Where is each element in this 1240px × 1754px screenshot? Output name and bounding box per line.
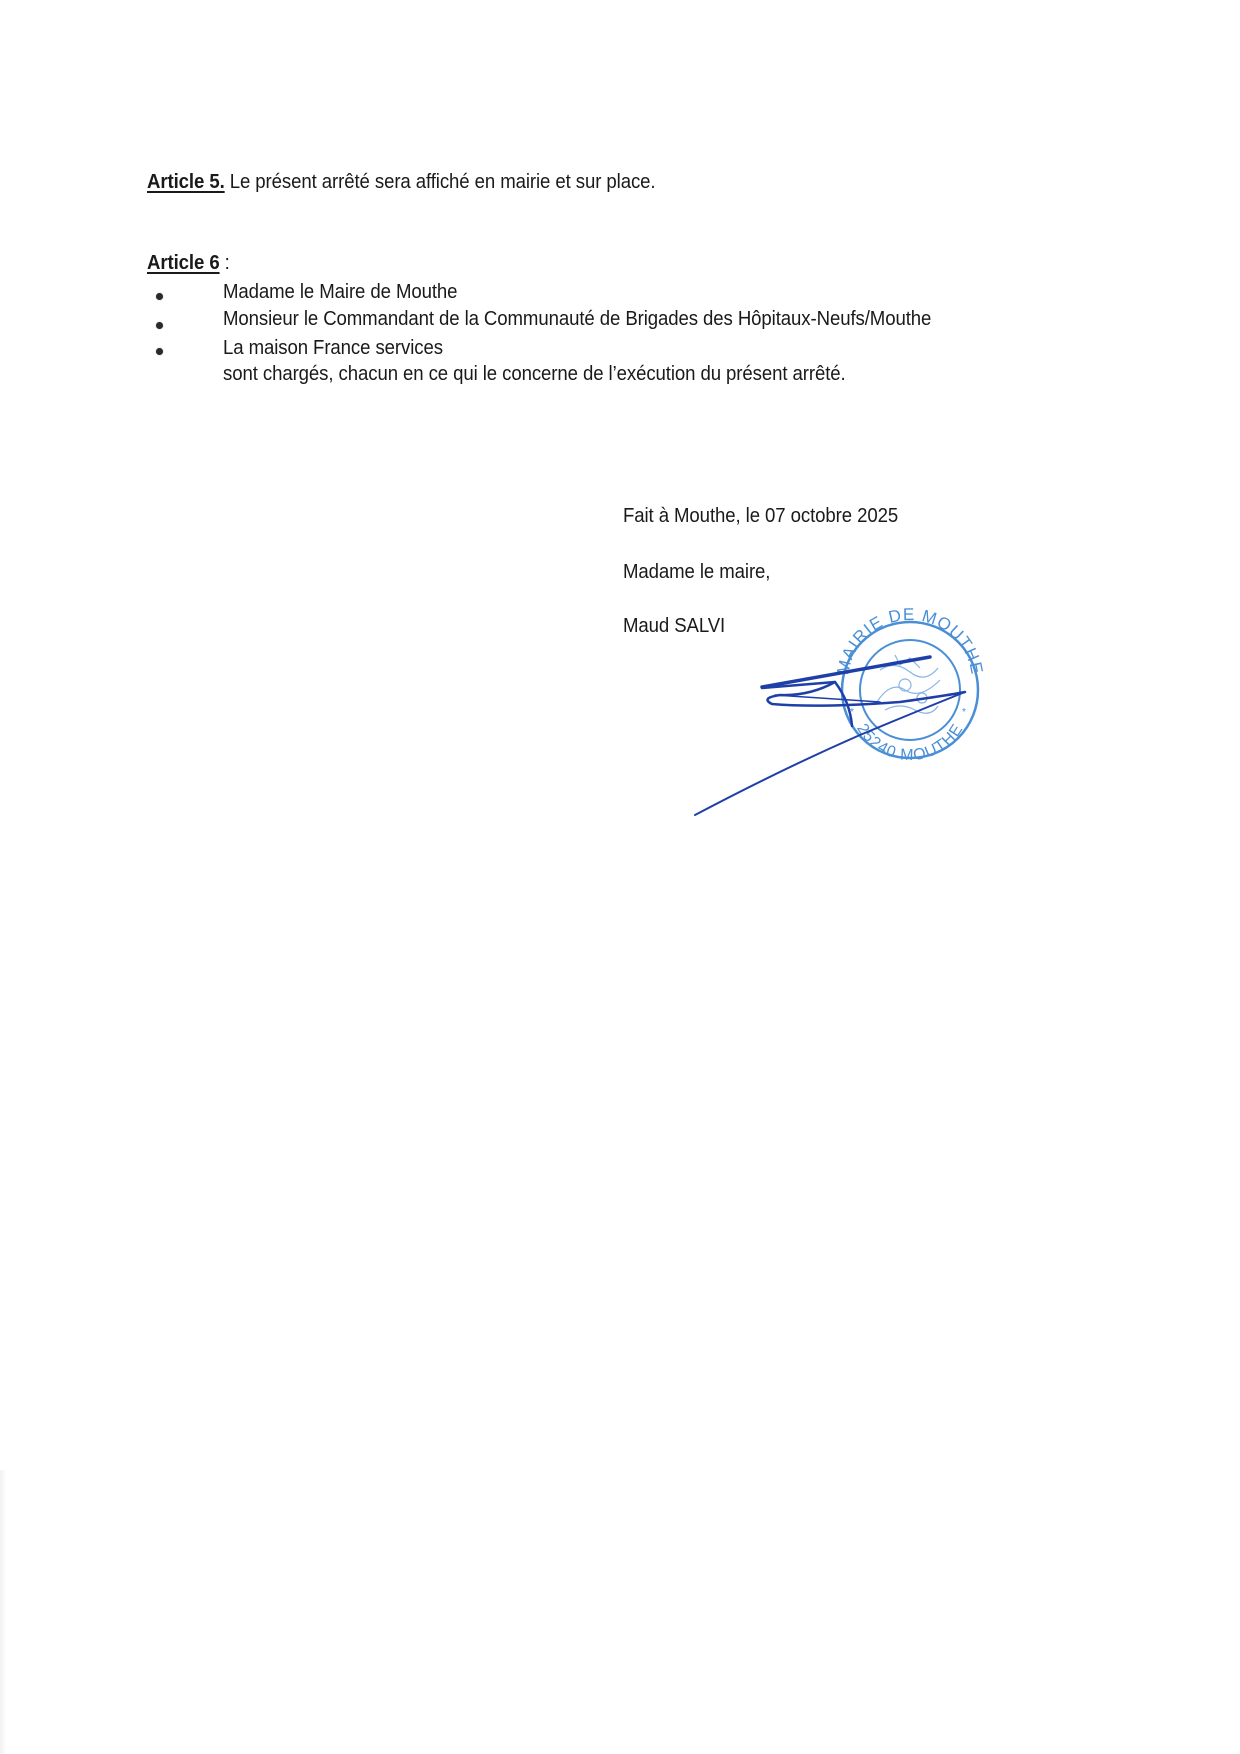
article-6-heading: Article 6	[147, 252, 220, 274]
signatory-title: Madame le maire,	[623, 560, 770, 584]
bullet-icon	[156, 348, 163, 355]
town-hall-stamp-icon: MAIRIE DE MOUTHE 25240 MOUTHE * *	[833, 605, 986, 764]
list-item: Madame le Maire de Mouthe	[223, 280, 457, 304]
list-item: Monsieur le Commandant de la Communauté …	[223, 307, 931, 331]
bullet-icon	[156, 293, 163, 300]
svg-text:*: *	[962, 707, 966, 718]
article-6-closing: sont chargés, chacun en ce qui le concer…	[223, 362, 846, 386]
bullet-icon	[156, 322, 163, 329]
article-5: Article 5. Le présent arrêté sera affich…	[147, 170, 655, 194]
list-item: La maison France services	[223, 336, 443, 360]
article-6: Article 6 :	[147, 251, 230, 275]
article-6-suffix: :	[220, 252, 230, 274]
place-date: Fait à Mouthe, le 07 octobre 2025	[623, 504, 898, 528]
stamp-and-signature: MAIRIE DE MOUTHE 25240 MOUTHE * *	[700, 610, 980, 810]
stamp-bottom-text: 25240 MOUTHE	[853, 721, 966, 764]
scan-shadow	[0, 1470, 6, 1754]
article-5-heading: Article 5.	[147, 171, 225, 193]
document-page: Article 5. Le présent arrêté sera affich…	[0, 0, 1240, 1754]
article-5-text: Le présent arrêté sera affiché en mairie…	[225, 171, 656, 193]
handwritten-signature-icon	[695, 657, 965, 815]
